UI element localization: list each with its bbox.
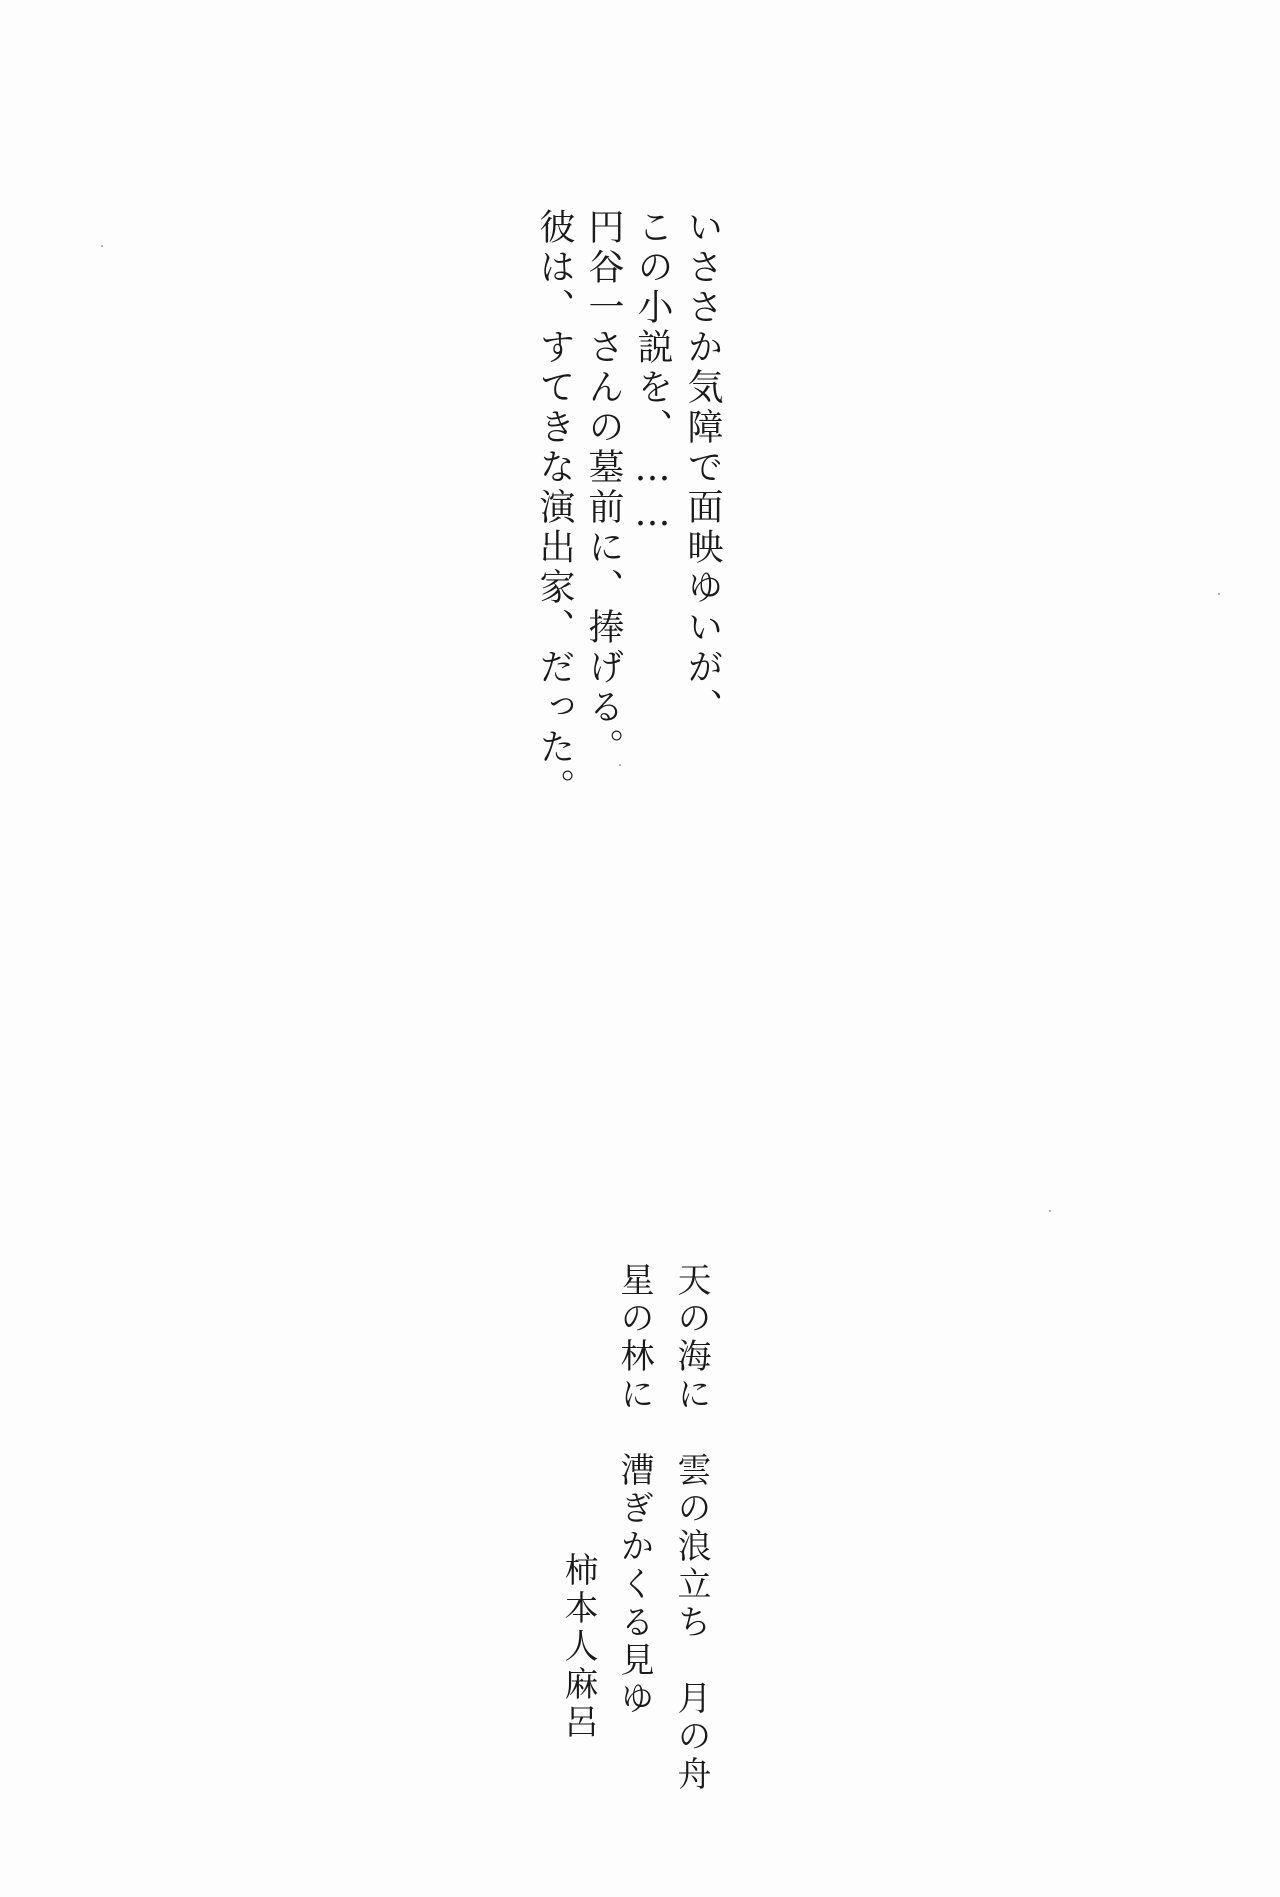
scan-speck bbox=[619, 764, 621, 766]
scan-speck bbox=[1218, 593, 1220, 595]
scan-speck bbox=[1049, 1210, 1051, 1212]
poem-author: 柿本人麻呂 bbox=[561, 1552, 595, 1742]
poem-line-2: 星の林に 漕ぎかくる見ゆ bbox=[617, 1262, 651, 1718]
dedication-line-3: 円谷一さんの墓前に、捧げる。 bbox=[585, 208, 621, 768]
dedication-line-4: 彼は、すてきな演出家、だった。 bbox=[536, 208, 572, 808]
dedication-line-2: この小説を、…… bbox=[634, 208, 670, 538]
book-page: いささか気障で面映ゆいが、 この小説を、…… 円谷一さんの墓前に、捧げる。 彼は… bbox=[0, 0, 1280, 1897]
scan-speck bbox=[101, 245, 103, 247]
dedication-line-1: いささか気障で面映ゆいが、 bbox=[684, 208, 720, 728]
poem-line-1: 天の海に 雲の浪立ち 月の舟 bbox=[674, 1262, 708, 1794]
